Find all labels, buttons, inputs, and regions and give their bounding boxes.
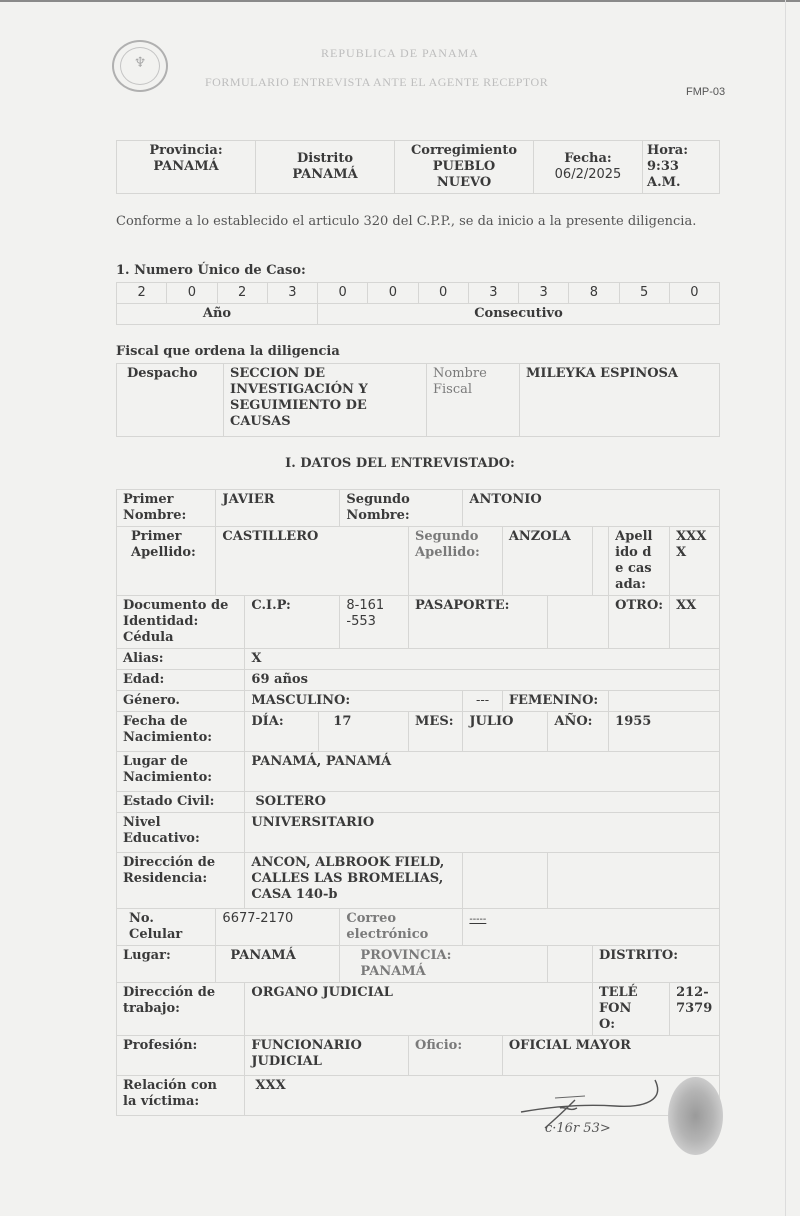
celular-label-text: No. Celular (129, 911, 189, 943)
lugar-value: PANAMÁ (216, 946, 340, 983)
distrito-field-label: DISTRITO: (592, 946, 719, 983)
lugar-blank (548, 946, 593, 983)
residencia-label-text: Dirección de Residencia: (123, 855, 233, 887)
lugar-nac-label-text: Lugar de Nacimiento: (123, 754, 233, 786)
oficio-label: Oficio: (409, 1036, 503, 1076)
case-digit-cell: 3 (468, 283, 518, 304)
otro-label: OTRO: (609, 596, 670, 649)
celular-value: 6677-2170 (216, 909, 340, 946)
telefono-label-text: TELÉFONO: (599, 985, 639, 1033)
location-table: Provincia: PANAMÁ Distrito PANAMÁ Correg… (116, 140, 720, 194)
despacho-value: SECCION DE INVESTIGACIÓN Y SEGUIMIENTO D… (224, 364, 427, 437)
nombre-fiscal-label: Nombre Fiscal (427, 364, 520, 437)
trabajo-label-text: Dirección de trabajo: (123, 985, 233, 1017)
edad-value: 69 años (245, 670, 720, 691)
hora-cell: Hora: 9:33 A.M. (643, 141, 720, 194)
provincia-label: Provincia: (121, 143, 251, 159)
segundo-nombre-value: ANTONIO (463, 490, 720, 527)
case-digit-cell: 2 (117, 283, 167, 304)
femenino-label: FEMENINO: (502, 691, 608, 712)
segundo-apellido-label: Segundo Apellido: (409, 527, 503, 596)
profesion-value: FUNCIONARIO JUDICIAL (245, 1036, 409, 1076)
provincia-field-value: PANAMÁ (360, 964, 541, 980)
otro-value: XX (670, 596, 720, 649)
nivel-edu-value: UNIVERSITARIO (245, 813, 720, 853)
corregimiento-value: PUEBLO NUEVO (424, 159, 504, 191)
lugar-nac-label: Lugar de Nacimiento: (117, 752, 245, 792)
case-digit-cell: 8 (569, 283, 619, 304)
person-table: Primer Nombre: JAVIER Segundo Nombre: AN… (116, 489, 720, 1116)
case-number-table: 202300033850 Año Consecutivo (116, 282, 720, 325)
case-digit-cell: 3 (519, 283, 569, 304)
dia-value: 17 (319, 712, 409, 752)
lugar-label: Lugar: (117, 946, 216, 983)
mes-label: MES: (409, 712, 463, 752)
apellido-casada-label: Apellido de casada: (609, 527, 670, 596)
correo-value-text: ----- (469, 914, 486, 925)
fiscal-table: Despacho SECCION DE INVESTIGACIÓN Y SEGU… (116, 363, 720, 437)
cip-label: C.I.P: (245, 596, 340, 649)
republic-heading: REPUBLICA DE PANAMA (0, 46, 800, 61)
nombre-fiscal-text: Nombre Fiscal (433, 366, 493, 398)
dia-label: DÍA: (245, 712, 319, 752)
relacion-label-text: Relación con la víctima: (123, 1078, 233, 1110)
corregimiento-label: Corregimiento (399, 143, 529, 159)
edad-label: Edad: (117, 670, 245, 691)
page-top-border (0, 0, 800, 2)
residencia-blank-2 (548, 853, 720, 909)
nivel-edu-label: Nivel Educativo: (117, 813, 245, 853)
section-title: I. DATOS DEL ENTREVISTADO: (0, 456, 800, 471)
page-right-edge (785, 0, 786, 1216)
provincia-field-label: PROVINCIA: (360, 948, 541, 964)
primer-nombre-value: JAVIER (216, 490, 340, 527)
pasaporte-value (548, 596, 609, 649)
correo-label: Correo electrónico (340, 909, 463, 946)
primer-nombre-label-text: Primer Nombre: (123, 492, 209, 524)
hora-value: 9:33 A.M. (647, 159, 687, 191)
documento-label-text: Documento de Identidad: Cédula (123, 598, 238, 646)
cip-value-text: 8-161-553 (346, 598, 386, 630)
estado-civil-label: Estado Civil: (117, 792, 245, 813)
despacho-label: Despacho (117, 364, 224, 437)
cip-value: 8-161-553 (340, 596, 409, 649)
blank-cell (592, 527, 608, 596)
celular-label: No. Celular (117, 909, 216, 946)
fecha-label: Fecha: (538, 151, 638, 167)
profesion-label: Profesión: (117, 1036, 245, 1076)
primer-apellido-label: Primer Apellido: (117, 527, 216, 596)
femenino-value (609, 691, 720, 712)
nacimiento-label: Fecha de Nacimiento: (117, 712, 245, 752)
thumbprint-icon (668, 1077, 723, 1155)
segundo-apellido-value: ANZOLA (502, 527, 592, 596)
residencia-value-text: ANCON, ALBROOK FIELD, CALLES LAS BROMELI… (251, 855, 456, 903)
fecha-cell: Fecha: 06/2/2025 (534, 141, 643, 194)
residencia-blank-1 (463, 853, 548, 909)
anio-label: AÑO: (548, 712, 609, 752)
case-digit-cell: 2 (217, 283, 267, 304)
corregimiento-cell: Corregimiento PUEBLO NUEVO (395, 141, 534, 194)
fiscal-title: Fiscal que ordena la diligencia (116, 344, 340, 359)
provincia-field: PROVINCIA: PANAMÁ (340, 946, 548, 983)
case-digit-cell: 0 (418, 283, 468, 304)
distrito-cell: Distrito PANAMÁ (256, 141, 395, 194)
genero-label: Género. (117, 691, 245, 712)
apellido-casada-value: XXXX (670, 527, 720, 596)
case-digit-cell: 3 (267, 283, 317, 304)
case-digit-cell: 0 (368, 283, 418, 304)
masculino-value: --- (463, 691, 502, 712)
intro-paragraph: Conforme a lo establecido el articulo 32… (116, 213, 716, 230)
primer-nombre-label: Primer Nombre: (117, 490, 216, 527)
case-digit-cell: 0 (167, 283, 217, 304)
year-label: Año (117, 304, 318, 325)
telefono-value: 212-7379 (670, 983, 720, 1036)
documento-label: Documento de Identidad: Cédula (117, 596, 245, 649)
case-digit-cell: 5 (619, 283, 669, 304)
nivel-edu-label-text: Nivel Educativo: (123, 815, 223, 847)
distrito-value: PANAMÁ (260, 167, 390, 183)
nombre-fiscal-value: MILEYKA ESPINOSA (520, 364, 720, 437)
apellido-casada-text: XXXX (676, 529, 710, 561)
provincia-cell: Provincia: PANAMÁ (117, 141, 256, 194)
apellido-casada-label-text: Apellido de casada: (615, 529, 657, 593)
telefono-label: TELÉFONO: (592, 983, 669, 1036)
lugar-nac-value: PANAMÁ, PANAMÁ (245, 752, 720, 792)
case-digit-cell: 0 (318, 283, 368, 304)
alias-value: X (245, 649, 720, 670)
fecha-value: 06/2/2025 (538, 167, 638, 183)
masculino-label: MASCULINO: (245, 691, 463, 712)
signature-note: c·16r 53> (545, 1121, 611, 1136)
primer-apellido-value: CASTILLERO (216, 527, 409, 596)
relacion-label: Relación con la víctima: (117, 1076, 245, 1116)
residencia-label: Dirección de Residencia: (117, 853, 245, 909)
signature-mark-icon: c·16r 53> (515, 1070, 685, 1150)
form-title: FORMULARIO ENTREVISTA ANTE EL AGENTE REC… (205, 75, 548, 90)
mes-value: JULIO (463, 712, 548, 752)
case-number-title: 1. Numero Único de Caso: (116, 263, 306, 278)
hora-label: Hora: (647, 143, 715, 159)
provincia-value: PANAMÁ (121, 159, 251, 175)
anio-value: 1955 (609, 712, 720, 752)
correo-label-text: Correo electrónico (346, 911, 436, 943)
pasaporte-label: PASAPORTE: (409, 596, 548, 649)
trabajo-value: ORGANO JUDICIAL (245, 983, 593, 1036)
distrito-label: Distrito (260, 151, 390, 167)
profesion-value-text: FUNCIONARIO JUDICIAL (251, 1038, 371, 1070)
case-digit-cell: 0 (669, 283, 719, 304)
alias-label: Alias: (117, 649, 245, 670)
despacho-text: SECCION DE INVESTIGACIÓN Y SEGUIMIENTO D… (230, 366, 380, 430)
form-code: FMP-03 (686, 86, 725, 98)
estado-civil-value: SOLTERO (245, 792, 720, 813)
trabajo-label: Dirección de trabajo: (117, 983, 245, 1036)
residencia-value: ANCON, ALBROOK FIELD, CALLES LAS BROMELI… (245, 853, 463, 909)
segundo-nombre-label: Segundo Nombre: (340, 490, 463, 527)
nacimiento-label-text: Fecha de Nacimiento: (123, 714, 233, 746)
correo-value: ----- (463, 909, 720, 946)
consecutive-label: Consecutivo (318, 304, 720, 325)
case-digits-row: 202300033850 (117, 283, 720, 304)
